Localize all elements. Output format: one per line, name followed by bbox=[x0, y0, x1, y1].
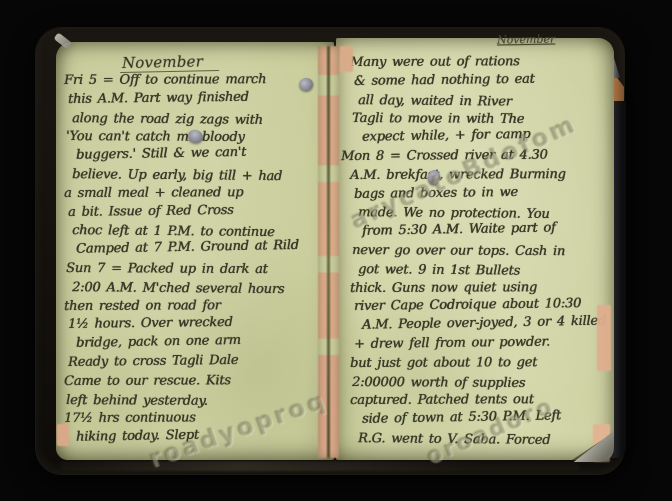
handwriting-line: & some had nothing to eat bbox=[354, 69, 620, 91]
handwriting-line: Ready to cross Tagli Dale bbox=[68, 351, 336, 373]
handwriting-line: this A.M. Part way finished bbox=[68, 87, 336, 109]
right-page-text: Many were out of rations& some had nothi… bbox=[350, 54, 616, 449]
handwriting-line: but just got about 10 to get bbox=[350, 354, 616, 374]
cover-bottom-sheen bbox=[60, 461, 580, 471]
left-page-text: November Fri 5 = Off to continue marchth… bbox=[64, 52, 332, 448]
handwriting-line: from 5:30 A.M. Waite part of bbox=[362, 218, 628, 241]
handwriting-line: Came to our rescue. Kits bbox=[64, 372, 332, 392]
handwriting-line: a bit. Issue of Red Cross bbox=[68, 200, 336, 222]
right-page-corner-label: November bbox=[497, 32, 555, 46]
handwriting-line: Camped at 7 P.M. Ground at Rild bbox=[76, 236, 344, 259]
pink-page-edge-patch bbox=[57, 424, 69, 446]
pink-page-edge-patch bbox=[597, 305, 611, 371]
photo-background: November Fri 5 = Off to continue marchth… bbox=[0, 0, 672, 501]
right-page-lines: Many were out of rations& some had nothi… bbox=[350, 54, 616, 449]
left-page-heading: November bbox=[120, 52, 219, 73]
left-page-lines: Fri 5 = Off to continue marchthis A.M. P… bbox=[64, 72, 332, 448]
handwriting-line: never go over our tops. Cash in bbox=[352, 242, 618, 262]
handwriting-line: Sun 7 = Packed up in dark at bbox=[66, 260, 334, 280]
handwriting-line: buggers.' Still & we can't bbox=[76, 142, 344, 165]
handwriting-line: + drew fell from our powder. bbox=[354, 333, 620, 355]
left-page-heading-row: November bbox=[64, 52, 332, 72]
pink-page-edge-patch bbox=[340, 46, 353, 72]
